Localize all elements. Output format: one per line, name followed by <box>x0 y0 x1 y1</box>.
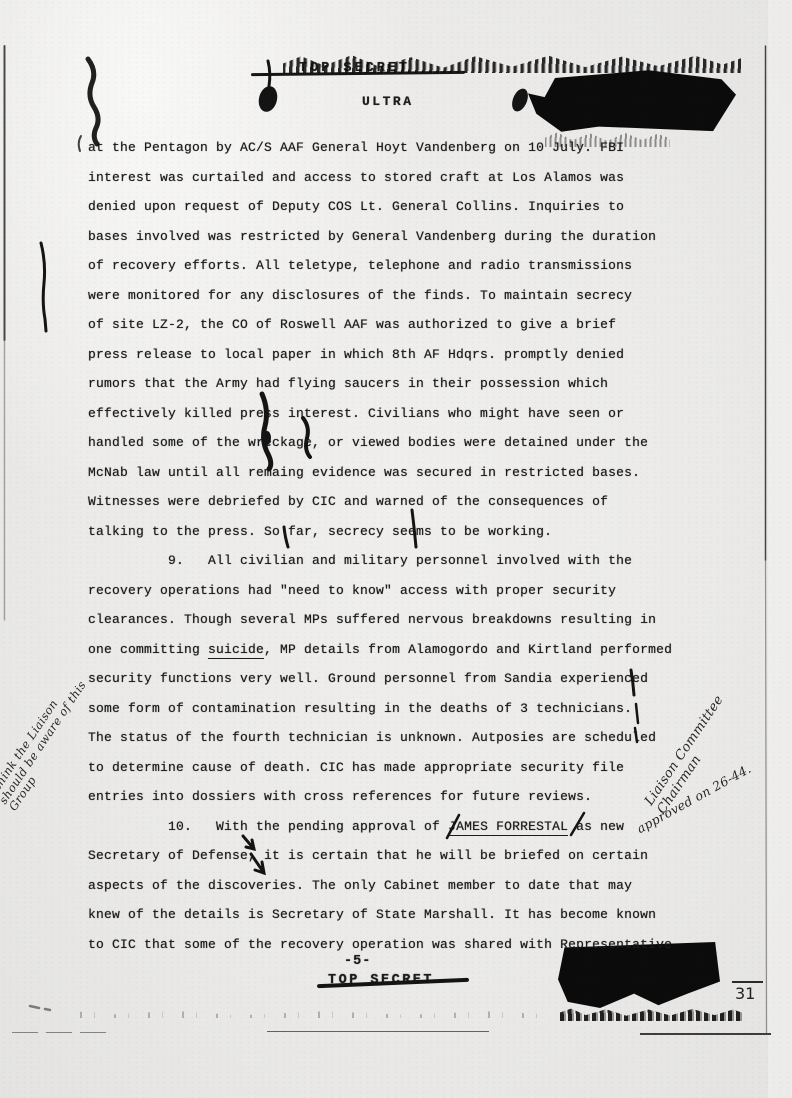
body-line: at the Pentagon by AC/S AAF General Hoyt… <box>88 133 672 163</box>
body-line: clearances. Though several MPs suffered … <box>88 605 672 635</box>
body-line: bases involved was restricted by General… <box>88 222 672 252</box>
body-line: handled some of the wreckage, or viewed … <box>88 428 672 458</box>
body-line: one committing suicide, MP details from … <box>88 635 672 665</box>
handwritten-note-left-margin: I think the Liaisonshould be aware of th… <box>0 672 98 813</box>
bottom-scan-rule <box>267 1031 489 1032</box>
ink-mark-line1 <box>79 136 81 151</box>
body-line: to determine cause of death. CIC has mad… <box>88 753 672 783</box>
body-line: 10. With the pending approval of JAMES F… <box>88 812 672 842</box>
body-line: some form of contamination resulting in … <box>88 694 672 724</box>
corner-number-overline <box>732 981 763 983</box>
bottom-scan-dashes <box>12 1032 108 1033</box>
body-line: Witnesses were debriefed by CIC and warn… <box>88 487 672 517</box>
body-line: denied upon request of Deputy COS Lt. Ge… <box>88 192 672 222</box>
ink-smudge-band-bottom <box>560 1008 744 1021</box>
handwritten-note-line: I think the Liaison <box>0 672 78 799</box>
scanned-document-page: TOP SECRET ULTRA at the Pentagon by AC/S… <box>0 0 792 1098</box>
body-line: Secretary of Defense, it is certain that… <box>88 841 672 871</box>
handwritten-note-line: should be aware of this <box>0 679 88 806</box>
body-line: talking to the press. So far, secrecy se… <box>88 517 672 547</box>
header-codeword: ULTRA <box>362 94 414 109</box>
footer-page-number: -5- <box>344 954 371 969</box>
body-line: security functions very well. Ground per… <box>88 664 672 694</box>
corner-page-number: 31 <box>735 984 755 1003</box>
body-line: to CIC that some of the recovery operati… <box>88 930 672 960</box>
body-line: of site LZ-2, the CO of Roswell AAF was … <box>88 310 672 340</box>
scan-edge-strip <box>768 0 792 1098</box>
typewritten-body: at the Pentagon by AC/S AAF General Hoyt… <box>88 133 672 959</box>
body-line: recovery operations had "need to know" a… <box>88 576 672 606</box>
body-line: rumors that the Army had flying saucers … <box>88 369 672 399</box>
ink-smudge-band-top <box>283 52 741 73</box>
ink-blot-right-of-codeword <box>509 86 531 113</box>
ink-streak-left-top <box>88 59 98 144</box>
body-line: entries into dossiers with cross referen… <box>88 782 672 812</box>
redaction-block-top-right <box>528 69 736 133</box>
body-line: The status of the fourth technician is u… <box>88 723 672 753</box>
ink-blot-header <box>256 84 280 114</box>
handwritten-note-line: Group <box>7 685 99 812</box>
body-line: were monitored for any disclosures of th… <box>88 281 672 311</box>
body-line: press release to local paper in which 8t… <box>88 340 672 370</box>
body-line: McNab law until all remaing evidence was… <box>88 458 672 488</box>
scan-noise-bottom-left <box>30 1006 50 1010</box>
body-line: knew of the details is Secretary of Stat… <box>88 900 672 930</box>
ink-streak-left-mid <box>41 243 46 331</box>
body-line: 9. All civilian and military personnel i… <box>88 546 672 576</box>
body-line: aspects of the discoveries. The only Cab… <box>88 871 672 901</box>
body-line: interest was curtailed and access to sto… <box>88 163 672 193</box>
body-line: effectively killed press interest. Civil… <box>88 399 672 429</box>
frame-corner-line <box>640 1033 771 1035</box>
scan-noise-speckles <box>80 1009 550 1018</box>
body-line: of recovery efforts. All teletype, telep… <box>88 251 672 281</box>
